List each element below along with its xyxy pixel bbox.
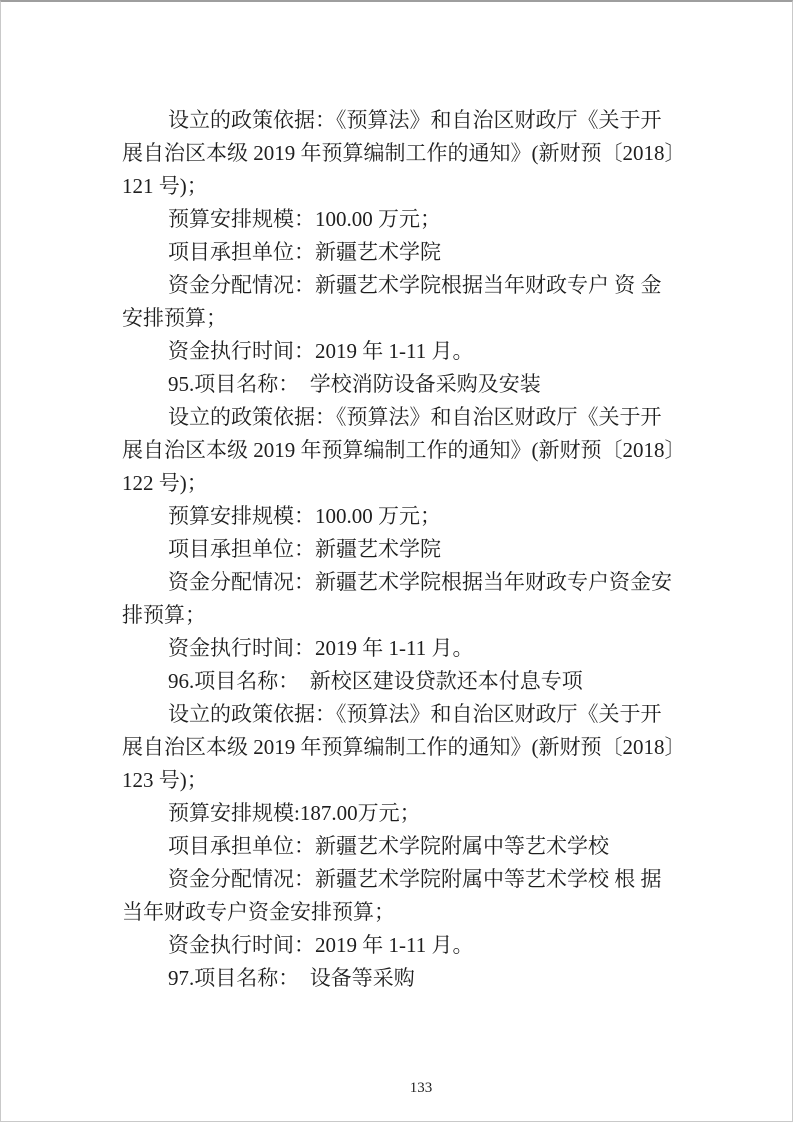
text-line: 当年财政专户资金安排预算； <box>122 896 722 929</box>
text-line: 97.项目名称： 设备等采购 <box>122 962 722 995</box>
text-line: 资金分配情况：新疆艺术学院根据当年财政专户资金安 <box>122 566 722 599</box>
text-line: 123 号)； <box>122 764 722 797</box>
document-page: 设立的政策依据：《预算法》和自治区财政厅《关于开展自治区本级 2019 年预算编… <box>0 0 793 1122</box>
text-line: 设立的政策依据：《预算法》和自治区财政厅《关于开 <box>122 104 722 137</box>
text-line: 排预算； <box>122 599 722 632</box>
text-line: 预算安排规模：100.00 万元； <box>122 203 722 236</box>
text-line: 95.项目名称： 学校消防设备采购及安装 <box>122 368 722 401</box>
text-line: 设立的政策依据：《预算法》和自治区财政厅《关于开 <box>122 698 722 731</box>
document-text: 设立的政策依据：《预算法》和自治区财政厅《关于开展自治区本级 2019 年预算编… <box>122 104 722 995</box>
text-line: 资金执行时间：2019 年 1-11 月。 <box>122 335 722 368</box>
page-number: 133 <box>386 1079 456 1097</box>
text-line: 资金执行时间：2019 年 1-11 月。 <box>122 929 722 962</box>
text-line: 展自治区本级 2019 年预算编制工作的通知》(新财预〔2018〕 <box>122 434 722 467</box>
text-line: 安排预算； <box>122 302 722 335</box>
text-line: 项目承担单位：新疆艺术学院 <box>122 236 722 269</box>
text-line: 资金分配情况：新疆艺术学院根据当年财政专户 资 金 <box>122 269 722 302</box>
text-line: 设立的政策依据：《预算法》和自治区财政厅《关于开 <box>122 401 722 434</box>
text-line: 预算安排规模：100.00 万元； <box>122 500 722 533</box>
text-line: 96.项目名称： 新校区建设贷款还本付息专项 <box>122 665 722 698</box>
text-line: 资金分配情况：新疆艺术学院附属中等艺术学校 根 据 <box>122 863 722 896</box>
text-line: 展自治区本级 2019 年预算编制工作的通知》(新财预〔2018〕 <box>122 137 722 170</box>
text-line: 展自治区本级 2019 年预算编制工作的通知》(新财预〔2018〕 <box>122 731 722 764</box>
text-line: 122 号)； <box>122 467 722 500</box>
text-line: 项目承担单位：新疆艺术学院附属中等艺术学校 <box>122 830 722 863</box>
text-line: 121 号)； <box>122 170 722 203</box>
text-line: 资金执行时间：2019 年 1-11 月。 <box>122 632 722 665</box>
text-line: 项目承担单位：新疆艺术学院 <box>122 533 722 566</box>
text-line: 预算安排规模:187.00万元； <box>122 797 722 830</box>
